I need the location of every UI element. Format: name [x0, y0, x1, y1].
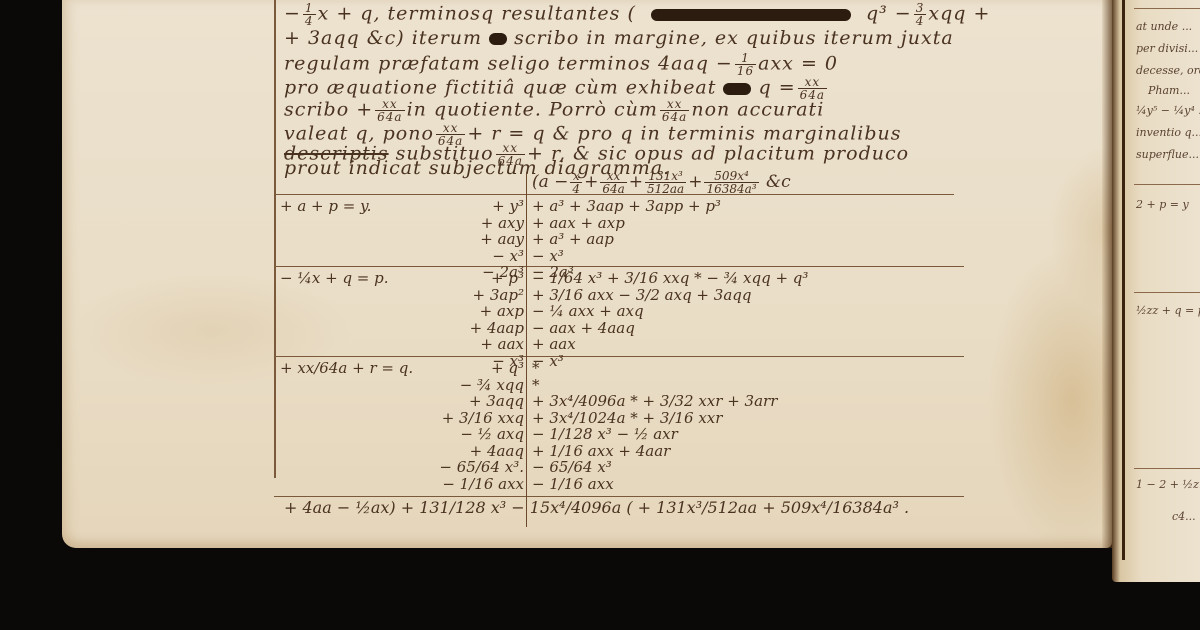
facing-page: at unde ... per divisi... decesse, ord..… [1112, 0, 1200, 582]
row-substitution: + xx/64a + r = q. [280, 360, 413, 377]
expansion-term: + a³ + aap [532, 231, 721, 248]
term: − 65/64 x³. [404, 459, 524, 476]
margin-note: superflue... [1136, 148, 1199, 161]
text-line-2: + 3aqq &c) iterum scribo in margine, ex … [284, 27, 954, 49]
term: + 4aaq [404, 443, 524, 460]
ink-blot [489, 33, 507, 45]
expansion-term: + aax [532, 336, 808, 353]
text-line-1: −14x + q, terminosq resultantes ( q³ −34… [284, 2, 990, 27]
expansion-term: + 3x⁴/1024a * + 3/16 xxr [532, 410, 777, 427]
struck-line [1134, 8, 1200, 9]
term: + aax [404, 336, 524, 353]
column-divider [526, 172, 527, 527]
text: regulam præfatam seligo terminos 4aaq − [284, 53, 733, 75]
expansion-term: − 65/64 x³ [532, 459, 777, 476]
text: + [688, 172, 702, 192]
term: + 3ap² [404, 287, 524, 304]
row-divider [1134, 468, 1200, 469]
row-expansion: − 1/64 x³ + 3/16 xxq * − ¾ xqq + q³ + 3/… [532, 270, 808, 369]
row-terms: + q³ − ¾ xqq + 3aqq + 3/16 xxq − ½ axq +… [404, 360, 524, 492]
fraction: xx64a [600, 170, 626, 195]
fraction: x4 [570, 170, 582, 195]
text: scribo [514, 27, 579, 49]
row-divider [1134, 292, 1200, 293]
ink-blot [651, 9, 851, 21]
ink-blot [723, 83, 751, 95]
text: + [629, 172, 643, 192]
expansion-term: * [532, 377, 777, 394]
expansion-term: * [532, 360, 777, 377]
fraction: xx64a [375, 98, 404, 123]
margin-rule [274, 0, 276, 478]
text: (a − [532, 172, 568, 192]
expansion-term: + a³ + 3aap + 3app + p³ [532, 198, 721, 215]
text: q³ − [866, 3, 912, 25]
term: + 4aap [404, 320, 524, 337]
expansion-term: + aax + axp [532, 215, 721, 232]
text: x + q, terminosq resultantes ( [318, 3, 636, 25]
term: − x³ [404, 248, 524, 265]
table-cell: 2 + p = y [1136, 198, 1189, 211]
term: + 3/16 xxq [404, 410, 524, 427]
term: + aay [404, 231, 524, 248]
text: q = [759, 77, 796, 99]
expansion-term: − 1/64 x³ + 3/16 xxq * − ¾ xqq + q³ [532, 270, 808, 287]
term: − 1/16 axx [404, 476, 524, 493]
fraction: 509x⁴16384a³ [704, 170, 758, 195]
manuscript-page: −14x + q, terminosq resultantes ( q³ −34… [62, 0, 1112, 548]
margin-note: Pham... [1148, 84, 1190, 97]
text: &c [766, 172, 791, 192]
text-line-3: regulam præfatam seligo terminos 4aaq −1… [284, 52, 838, 77]
fraction: 14 [303, 2, 316, 27]
text: + 3aqq &c) iterum [284, 27, 482, 49]
table-cell: 1 − 2 + ½z... [1136, 478, 1200, 491]
expansion-term: − 1/128 x³ − ½ axr [532, 426, 777, 443]
row-divider [274, 194, 954, 195]
text: xqq + [928, 3, 990, 25]
fraction: 116 [735, 52, 756, 77]
expansion-term: − x³ [532, 248, 721, 265]
row-divider [1134, 184, 1200, 185]
row-terms: + p³ + 3ap² + axp + 4aap + aax − x³ [404, 270, 524, 369]
text: pro æquatione fictitiâ quæ cùm exhibeat [284, 77, 716, 99]
text: − [284, 3, 301, 25]
term: − ½ axq [404, 426, 524, 443]
term: − ¾ xqq [404, 377, 524, 394]
fraction: 34 [914, 2, 927, 27]
expansion-term: + 1/16 axx + 4aar [532, 443, 777, 460]
text: + [584, 172, 598, 192]
margin-note: at unde ... [1136, 20, 1192, 33]
term: + axp [404, 303, 524, 320]
fraction: xx64a [660, 98, 689, 123]
margin-note: inventio q... [1136, 126, 1200, 139]
text: scribo + [284, 99, 373, 121]
fraction: 131x³512aa [645, 170, 686, 195]
row-expansion: * * + 3x⁴/4096a * + 3/32 xxr + 3arr + 3x… [532, 360, 777, 492]
term: + 3aqq [404, 393, 524, 410]
row-divider [274, 496, 964, 497]
expansion-term: − ¼ axx + axq [532, 303, 808, 320]
margin-note: decesse, ord... [1136, 64, 1200, 77]
term: + y³ [404, 198, 524, 215]
text-line-5: scribo +xx64ain quotiente. Porrò cùmxx64… [284, 98, 824, 123]
page-gutter [1122, 0, 1125, 560]
row-substitution: − ¼x + q = p. [280, 270, 389, 287]
expansion-term: − 1/16 axx [532, 476, 777, 493]
margin-note: per divisi... [1136, 42, 1198, 55]
margin-note: ¼y⁵ − ¼y⁴ ... [1136, 104, 1200, 117]
table-cell: ½zz + q = p [1136, 304, 1200, 317]
row-substitution: + a + p = y. [280, 198, 371, 215]
expansion-term: − aax + 4aaq [532, 320, 808, 337]
expansion-term: + 3x⁴/4096a * + 3/32 xxr + 3arr [532, 393, 777, 410]
final-quotient-line: + 4aa − ½ax) + 131/128 x³ − 15x⁴/4096a (… [284, 498, 909, 517]
quotient-series: (a −x4+xx64a+131x³512aa+509x⁴16384a³ &c [532, 170, 791, 195]
margin-note: c4... [1172, 510, 1196, 523]
text: axx = 0 [758, 53, 838, 75]
expansion-term: + 3/16 axx − 3/2 axq + 3aqq [532, 287, 808, 304]
term: + axy [404, 215, 524, 232]
text: non accurati [691, 99, 824, 121]
term: + p³ [404, 270, 524, 287]
text: in margine, ex quibus iterum juxta [586, 27, 953, 49]
term: + q³ [404, 360, 524, 377]
text: in quotiente. Porrò cùm [407, 99, 658, 121]
